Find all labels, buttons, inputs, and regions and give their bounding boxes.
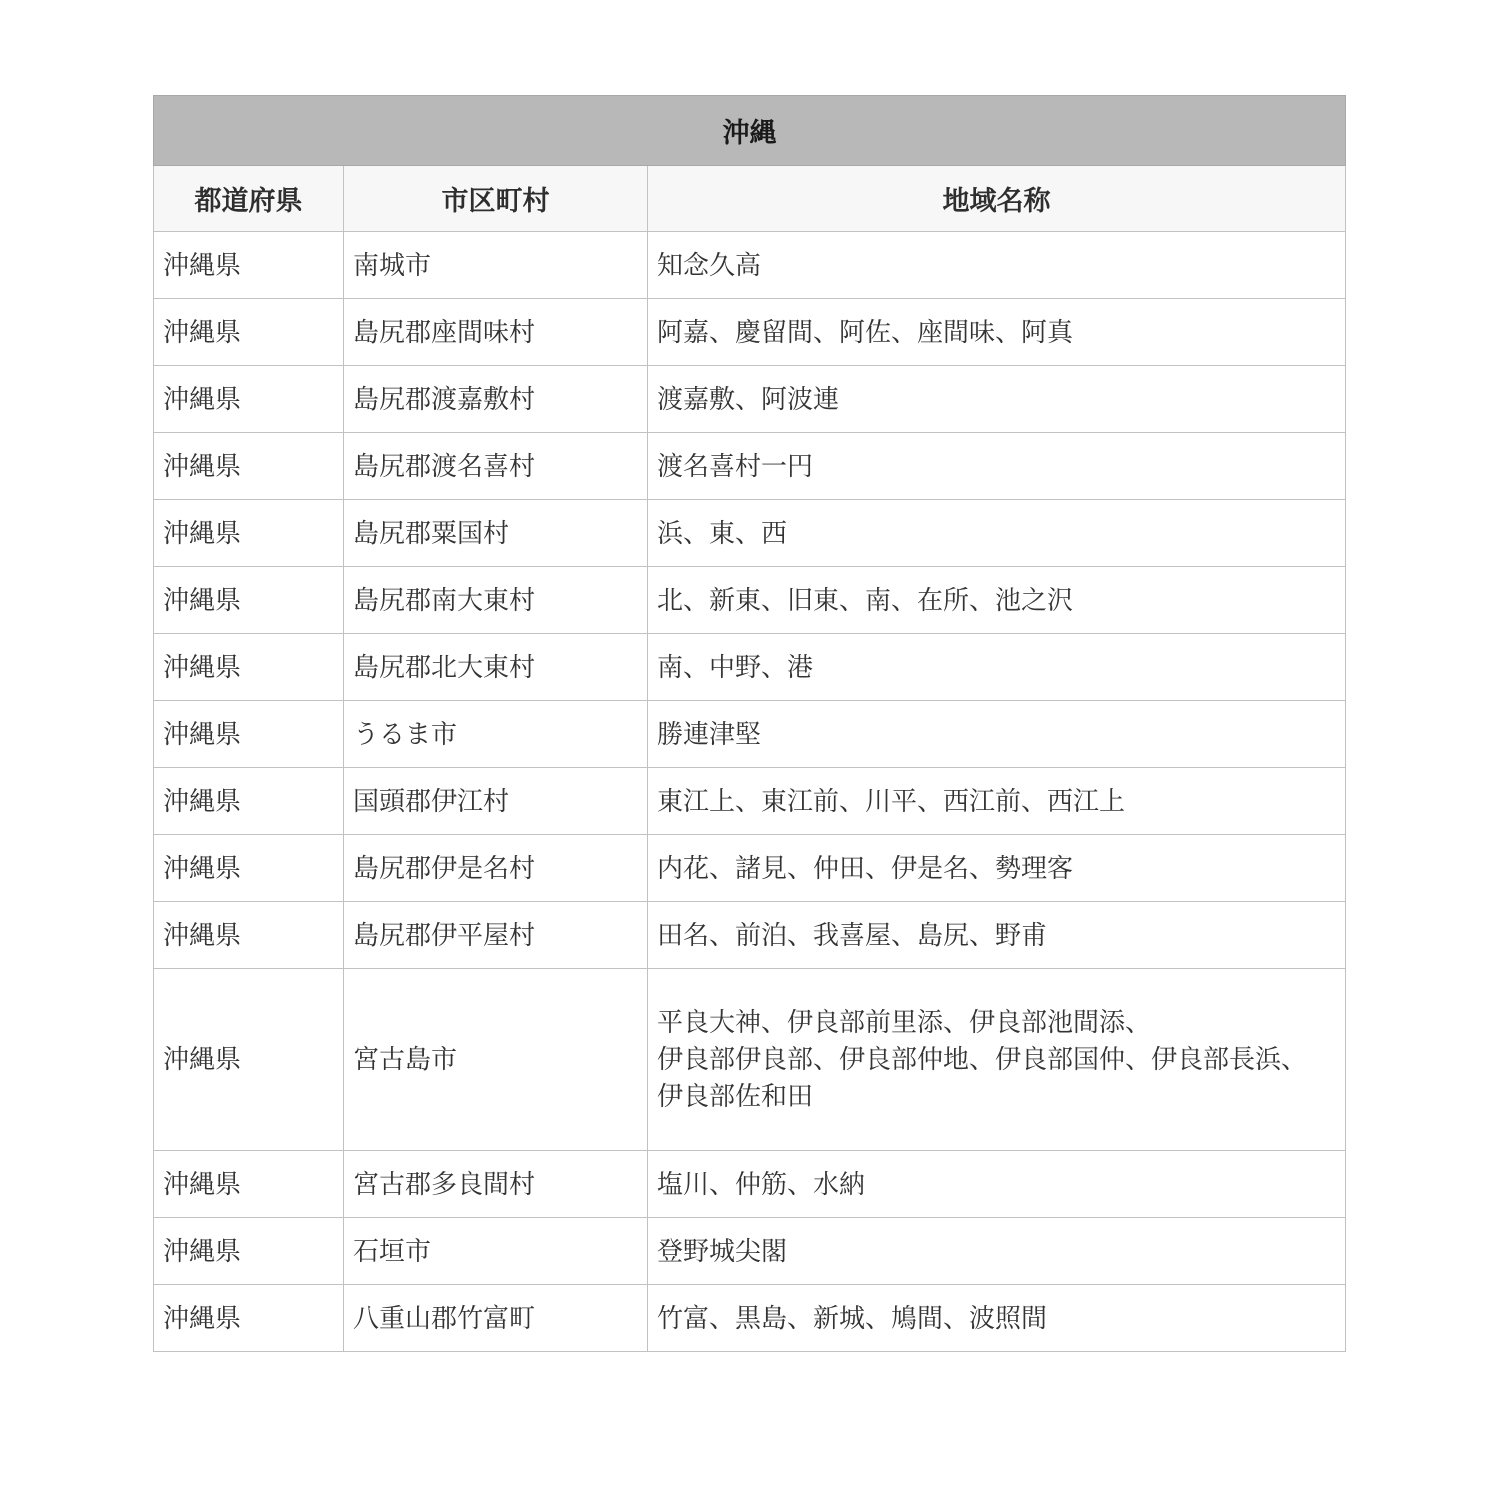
prefecture-cell: 沖縄県 bbox=[154, 768, 344, 835]
area-names-cell: 竹富、黒島、新城、鳩間、波照間 bbox=[648, 1285, 1346, 1352]
municipality-cell: 島尻郡伊平屋村 bbox=[344, 902, 648, 969]
area-names-cell: 浜、東、西 bbox=[648, 500, 1346, 567]
table-row: 沖縄県宮古郡多良間村塩川、仲筋、水納 bbox=[154, 1151, 1346, 1218]
table-row: 沖縄県八重山郡竹富町竹富、黒島、新城、鳩間、波照間 bbox=[154, 1285, 1346, 1352]
area-names-cell: 塩川、仲筋、水納 bbox=[648, 1151, 1346, 1218]
area-names-cell: 北、新東、旧東、南、在所、池之沢 bbox=[648, 567, 1346, 634]
table-title-row: 沖縄 bbox=[154, 96, 1346, 166]
municipality-cell: 島尻郡粟国村 bbox=[344, 500, 648, 567]
table-row: 沖縄県島尻郡渡嘉敷村渡嘉敷、阿波連 bbox=[154, 366, 1346, 433]
table-title: 沖縄 bbox=[154, 96, 1346, 166]
municipality-cell: 宮古島市 bbox=[344, 969, 648, 1151]
prefecture-cell: 沖縄県 bbox=[154, 433, 344, 500]
area-names-cell: 登野城尖閣 bbox=[648, 1218, 1346, 1285]
area-names-cell: 勝連津堅 bbox=[648, 701, 1346, 768]
municipality-cell: 南城市 bbox=[344, 232, 648, 299]
column-header-prefecture: 都道府県 bbox=[154, 166, 344, 232]
municipality-cell: 島尻郡伊是名村 bbox=[344, 835, 648, 902]
prefecture-cell: 沖縄県 bbox=[154, 232, 344, 299]
prefecture-cell: 沖縄県 bbox=[154, 902, 344, 969]
table-row: 沖縄県島尻郡座間味村阿嘉、慶留間、阿佐、座間味、阿真 bbox=[154, 299, 1346, 366]
area-names-cell: 渡嘉敷、阿波連 bbox=[648, 366, 1346, 433]
area-names-cell: 田名、前泊、我喜屋、島尻、野甫 bbox=[648, 902, 1346, 969]
prefecture-cell: 沖縄県 bbox=[154, 299, 344, 366]
municipality-cell: 石垣市 bbox=[344, 1218, 648, 1285]
column-header-municipality: 市区町村 bbox=[344, 166, 648, 232]
area-names-cell: 内花、諸見、仲田、伊是名、勢理客 bbox=[648, 835, 1346, 902]
area-names-cell: 渡名喜村一円 bbox=[648, 433, 1346, 500]
municipality-cell: 国頭郡伊江村 bbox=[344, 768, 648, 835]
municipality-cell: 島尻郡渡名喜村 bbox=[344, 433, 648, 500]
municipality-cell: 島尻郡渡嘉敷村 bbox=[344, 366, 648, 433]
column-header-area-names: 地域名称 bbox=[648, 166, 1346, 232]
municipality-cell: 島尻郡座間味村 bbox=[344, 299, 648, 366]
prefecture-cell: 沖縄県 bbox=[154, 1285, 344, 1352]
municipality-cell: 宮古郡多良間村 bbox=[344, 1151, 648, 1218]
table-row: 沖縄県うるま市勝連津堅 bbox=[154, 701, 1346, 768]
prefecture-cell: 沖縄県 bbox=[154, 835, 344, 902]
municipality-cell: うるま市 bbox=[344, 701, 648, 768]
table-body: 沖縄県南城市知念久高沖縄県島尻郡座間味村阿嘉、慶留間、阿佐、座間味、阿真沖縄県島… bbox=[154, 232, 1346, 1352]
prefecture-cell: 沖縄県 bbox=[154, 701, 344, 768]
table-row: 沖縄県国頭郡伊江村東江上、東江前、川平、西江前、西江上 bbox=[154, 768, 1346, 835]
prefecture-cell: 沖縄県 bbox=[154, 1218, 344, 1285]
table-row: 沖縄県島尻郡伊是名村内花、諸見、仲田、伊是名、勢理客 bbox=[154, 835, 1346, 902]
municipality-cell: 島尻郡南大東村 bbox=[344, 567, 648, 634]
table-row: 沖縄県島尻郡粟国村浜、東、西 bbox=[154, 500, 1346, 567]
area-names-cell: 阿嘉、慶留間、阿佐、座間味、阿真 bbox=[648, 299, 1346, 366]
table-row: 沖縄県南城市知念久高 bbox=[154, 232, 1346, 299]
area-names-cell: 平良大神、伊良部前里添、伊良部池間添、 伊良部伊良部、伊良部仲地、伊良部国仲、伊… bbox=[648, 969, 1346, 1151]
prefecture-cell: 沖縄県 bbox=[154, 634, 344, 701]
table-row: 沖縄県島尻郡伊平屋村田名、前泊、我喜屋、島尻、野甫 bbox=[154, 902, 1346, 969]
table-row: 沖縄県島尻郡渡名喜村渡名喜村一円 bbox=[154, 433, 1346, 500]
municipality-cell: 島尻郡北大東村 bbox=[344, 634, 648, 701]
area-names-cell: 南、中野、港 bbox=[648, 634, 1346, 701]
prefecture-cell: 沖縄県 bbox=[154, 500, 344, 567]
prefecture-cell: 沖縄県 bbox=[154, 969, 344, 1151]
okinawa-region-table: 沖縄 都道府県 市区町村 地域名称 沖縄県南城市知念久高沖縄県島尻郡座間味村阿嘉… bbox=[153, 95, 1346, 1352]
prefecture-cell: 沖縄県 bbox=[154, 1151, 344, 1218]
table-row: 沖縄県島尻郡北大東村南、中野、港 bbox=[154, 634, 1346, 701]
area-names-cell: 知念久高 bbox=[648, 232, 1346, 299]
region-table-container: 沖縄 都道府県 市区町村 地域名称 沖縄県南城市知念久高沖縄県島尻郡座間味村阿嘉… bbox=[153, 95, 1346, 1352]
column-header-row: 都道府県 市区町村 地域名称 bbox=[154, 166, 1346, 232]
table-row: 沖縄県石垣市登野城尖閣 bbox=[154, 1218, 1346, 1285]
municipality-cell: 八重山郡竹富町 bbox=[344, 1285, 648, 1352]
table-row: 沖縄県宮古島市平良大神、伊良部前里添、伊良部池間添、 伊良部伊良部、伊良部仲地、… bbox=[154, 969, 1346, 1151]
area-names-cell: 東江上、東江前、川平、西江前、西江上 bbox=[648, 768, 1346, 835]
prefecture-cell: 沖縄県 bbox=[154, 366, 344, 433]
table-row: 沖縄県島尻郡南大東村北、新東、旧東、南、在所、池之沢 bbox=[154, 567, 1346, 634]
prefecture-cell: 沖縄県 bbox=[154, 567, 344, 634]
